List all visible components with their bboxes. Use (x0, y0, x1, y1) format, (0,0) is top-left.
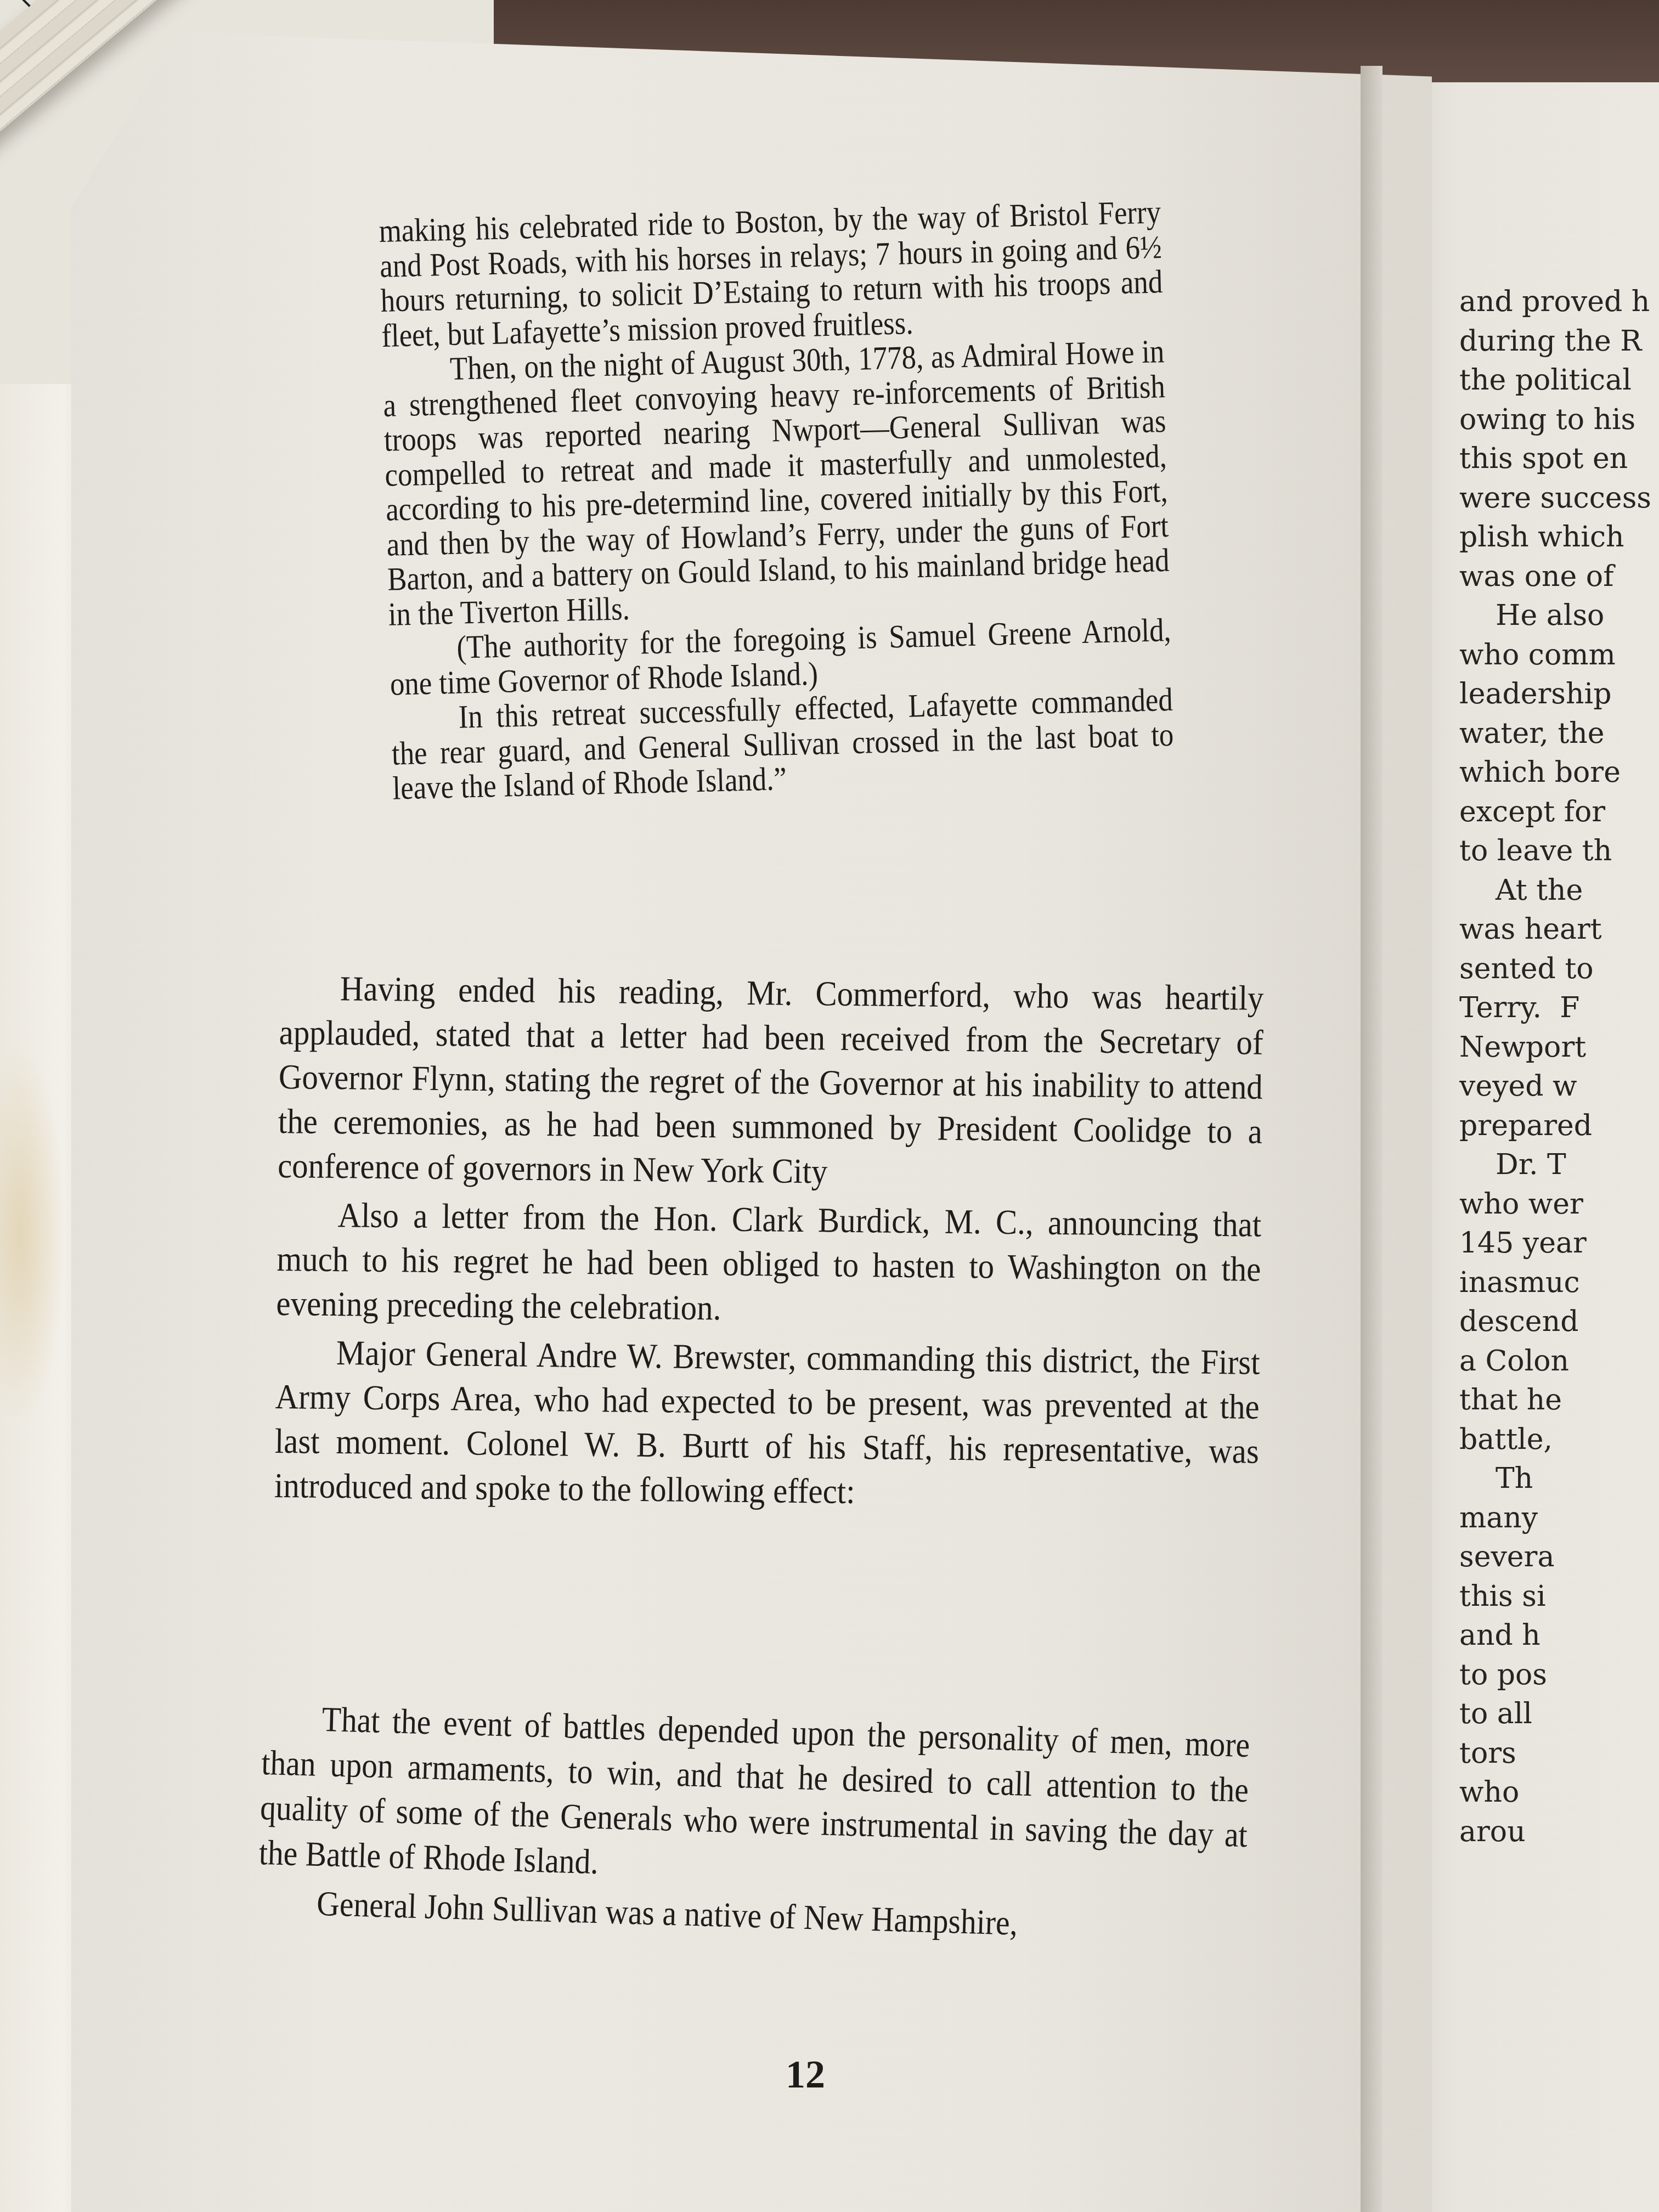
facing-line: Dr. T (1459, 1145, 1659, 1185)
facing-line: which bore (1459, 753, 1659, 793)
facing-line: tors (1459, 1734, 1659, 1774)
page-number: 12 (786, 2052, 825, 2097)
facing-page-text: and proved h during the R the political … (1459, 283, 1659, 1852)
facing-line: who comm (1459, 636, 1659, 675)
facing-line: leadership (1459, 675, 1659, 714)
facing-line: plish which (1459, 518, 1659, 557)
facing-line: and h (1459, 1616, 1659, 1656)
body-paragraph: Also a letter from the Hon. Clark Burdic… (276, 1192, 1261, 1336)
facing-line: to pos (1459, 1656, 1659, 1695)
facing-line: many (1459, 1499, 1659, 1538)
facing-line: water, the (1459, 714, 1659, 754)
lower-body-text: That the event of battles depended upon … (257, 1695, 1250, 1956)
body-paragraph: Major General Andre W. Brewster, command… (274, 1330, 1260, 1518)
facing-line: that he (1459, 1381, 1659, 1420)
facing-line: to leave th (1459, 832, 1659, 871)
facing-line: inasmuc (1459, 1263, 1659, 1303)
facing-line: this spot en (1459, 439, 1659, 479)
quote-paragraph: making his celebrated ride to Boston, by… (379, 195, 1164, 353)
facing-line: At the (1459, 871, 1659, 911)
facing-line: during the R (1459, 322, 1659, 362)
facing-line: a Colon (1459, 1342, 1659, 1381)
facing-line: prepared (1459, 1107, 1659, 1146)
facing-line: arou (1459, 1813, 1659, 1852)
facing-line: was one of (1459, 557, 1659, 597)
body-paragraph: Having ended his reading, Mr. Commerford… (278, 966, 1264, 1198)
facing-line: descend (1459, 1302, 1659, 1342)
facing-line: this si (1459, 1577, 1659, 1617)
facing-line: Th (1459, 1459, 1659, 1499)
facing-line: sented to (1459, 950, 1659, 989)
facing-line: owing to his (1459, 400, 1659, 440)
facing-line: the political (1459, 361, 1659, 400)
facing-line: to all (1459, 1695, 1659, 1734)
paper-stain (0, 1042, 66, 1426)
facing-line: He also (1459, 596, 1659, 636)
facing-line: were success (1459, 479, 1659, 518)
facing-line: severa (1459, 1538, 1659, 1577)
body-paragraph: That the event of battles depended upon … (258, 1695, 1250, 1903)
facing-line: 145 year (1459, 1224, 1659, 1263)
gutter-shadow (1361, 66, 1383, 2212)
facing-line: Newport (1459, 1028, 1659, 1068)
facing-line: who wer (1459, 1185, 1659, 1224)
facing-line: Terry. F (1459, 989, 1659, 1028)
facing-line: and proved h (1459, 283, 1659, 322)
facing-line: who (1459, 1773, 1659, 1813)
facing-line: except for (1459, 793, 1659, 832)
facing-line: battle, (1459, 1420, 1659, 1460)
quoted-passage: making his celebrated ride to Boston, by… (379, 195, 1175, 806)
body-text: Having ended his reading, Mr. Commerford… (274, 966, 1264, 1522)
facing-line: veyed w (1459, 1067, 1659, 1107)
facing-line: was heart (1459, 910, 1659, 950)
quote-paragraph: In this retreat successfully effected, L… (391, 682, 1175, 806)
quote-paragraph: Then, on the night of August 30th, 1778,… (382, 334, 1171, 632)
